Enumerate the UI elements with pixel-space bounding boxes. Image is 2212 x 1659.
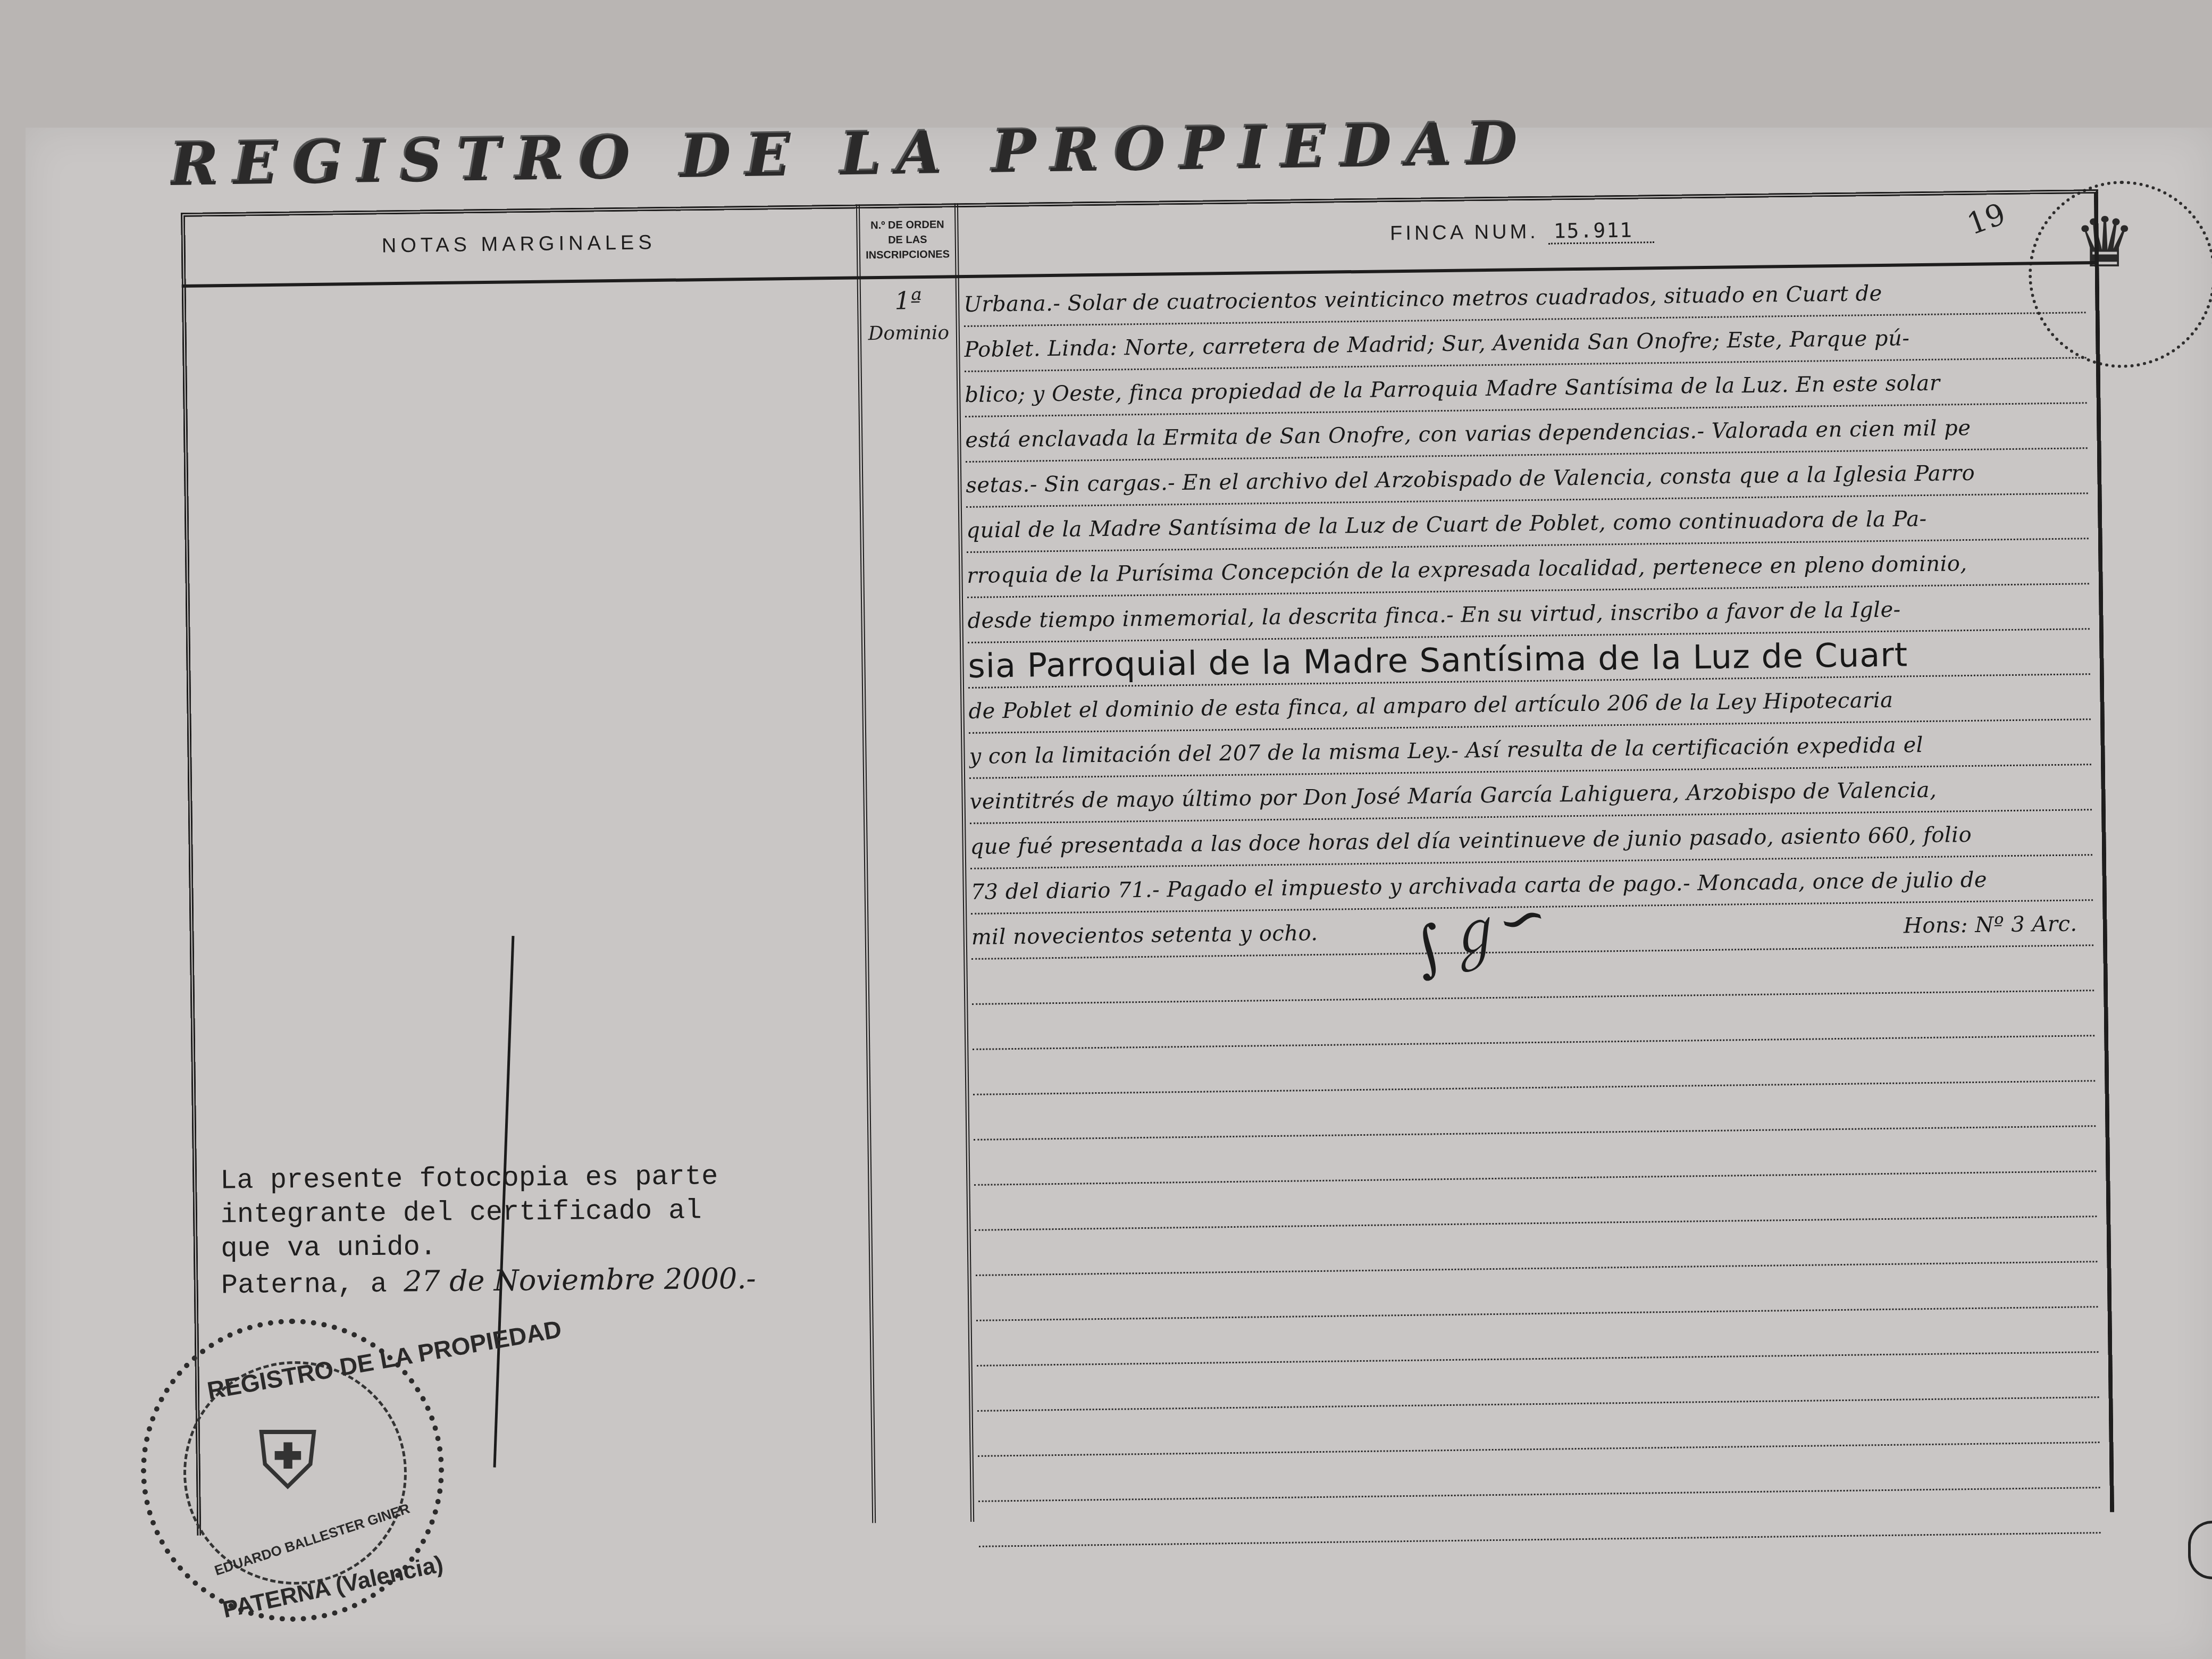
header-notas-marginales: NOTAS MARGINALES <box>181 204 857 284</box>
header-orden-line: DE LAS <box>888 232 927 247</box>
cert-line: que va unido. <box>221 1231 437 1265</box>
order-type: Dominio <box>861 322 956 345</box>
fees-note: Hons: Nº 3 Arc. <box>1903 901 2077 949</box>
header-orden-inscripciones: N.º DE ORDEN DE LAS INSCRIPCIONES <box>860 203 956 276</box>
certification-note: La presente fotocopia es parte integrant… <box>220 1160 756 1303</box>
finca-number: 15.911 <box>1548 218 1654 244</box>
header-orden-line: N.º DE ORDEN <box>870 217 944 233</box>
cert-place: Paterna, a <box>221 1269 388 1302</box>
cert-line: La presente fotocopia es parte <box>220 1161 718 1196</box>
coat-of-arms-icon: ⛨ <box>258 1414 318 1509</box>
order-cell: 1ª Dominio <box>861 283 956 345</box>
header-finca: FINCA NUM. 15.911 <box>958 189 2086 275</box>
header-orden-line: INSCRIPCIONES <box>866 247 950 263</box>
cert-date: 27 de Noviembre 2000.- <box>404 1262 756 1298</box>
cert-line: integrante del certificado al <box>220 1195 701 1230</box>
registry-stamp: REGISTRO DE LA PROPIEDAD ⛨ EDUARDO BALLE… <box>141 1319 444 1622</box>
text-closing: mil novecientos setenta y ocho. <box>971 921 1318 950</box>
finca-label: FINCA NUM. <box>1390 221 1539 245</box>
order-number: 1ª <box>861 286 956 315</box>
